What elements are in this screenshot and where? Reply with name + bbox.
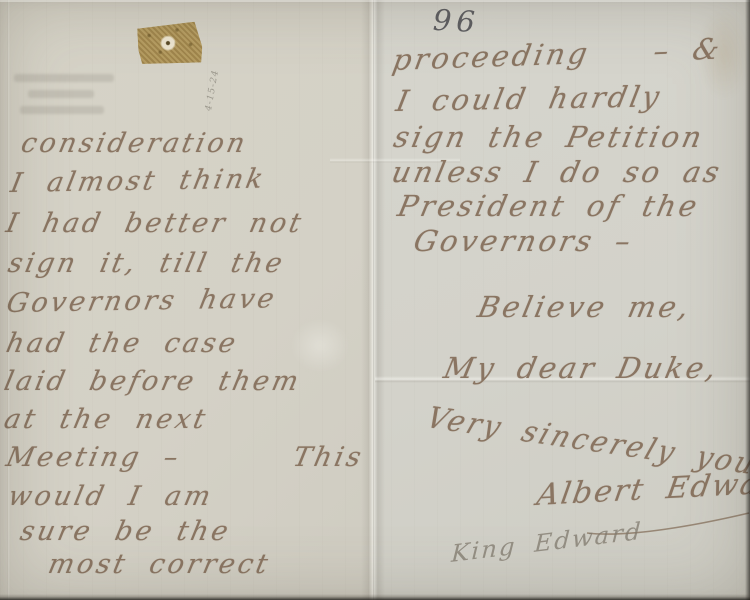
handwritten-line: sign it, till the	[5, 248, 288, 279]
handwritten-line: President of the	[395, 189, 703, 223]
handwritten-line: I had better not	[3, 208, 306, 239]
handwritten-line: had the case	[3, 328, 241, 359]
page-number-annotation: 96	[432, 3, 481, 39]
letter-scan: 4-15-24 consideration I almost think I h…	[0, 0, 750, 600]
handwritten-line: would I am	[5, 481, 216, 512]
handwritten-line: Governors have	[4, 283, 280, 319]
handwritten-line: unless I do so as	[389, 155, 726, 189]
closing-line: My dear Duke,	[441, 351, 723, 385]
handwritten-line: I could hardly	[393, 79, 665, 118]
handwritten-line: consideration	[18, 128, 250, 159]
handwritten-line: Governors –	[411, 224, 637, 258]
handwritten-line: sure be the	[17, 516, 233, 547]
tape-remnant	[137, 21, 203, 65]
handwritten-line: sign the Petition	[391, 120, 708, 154]
handwritten-line: at the next	[1, 404, 210, 435]
handwritten-line: Meeting – This	[3, 442, 366, 473]
closing-line: Believe me,	[475, 290, 695, 324]
star-mark-icon	[160, 35, 177, 52]
handwritten-line: I almost think	[8, 164, 269, 199]
center-fold-line	[373, 0, 374, 600]
handwritten-line: laid before them	[1, 366, 304, 397]
handwritten-line: most correct	[45, 549, 273, 580]
